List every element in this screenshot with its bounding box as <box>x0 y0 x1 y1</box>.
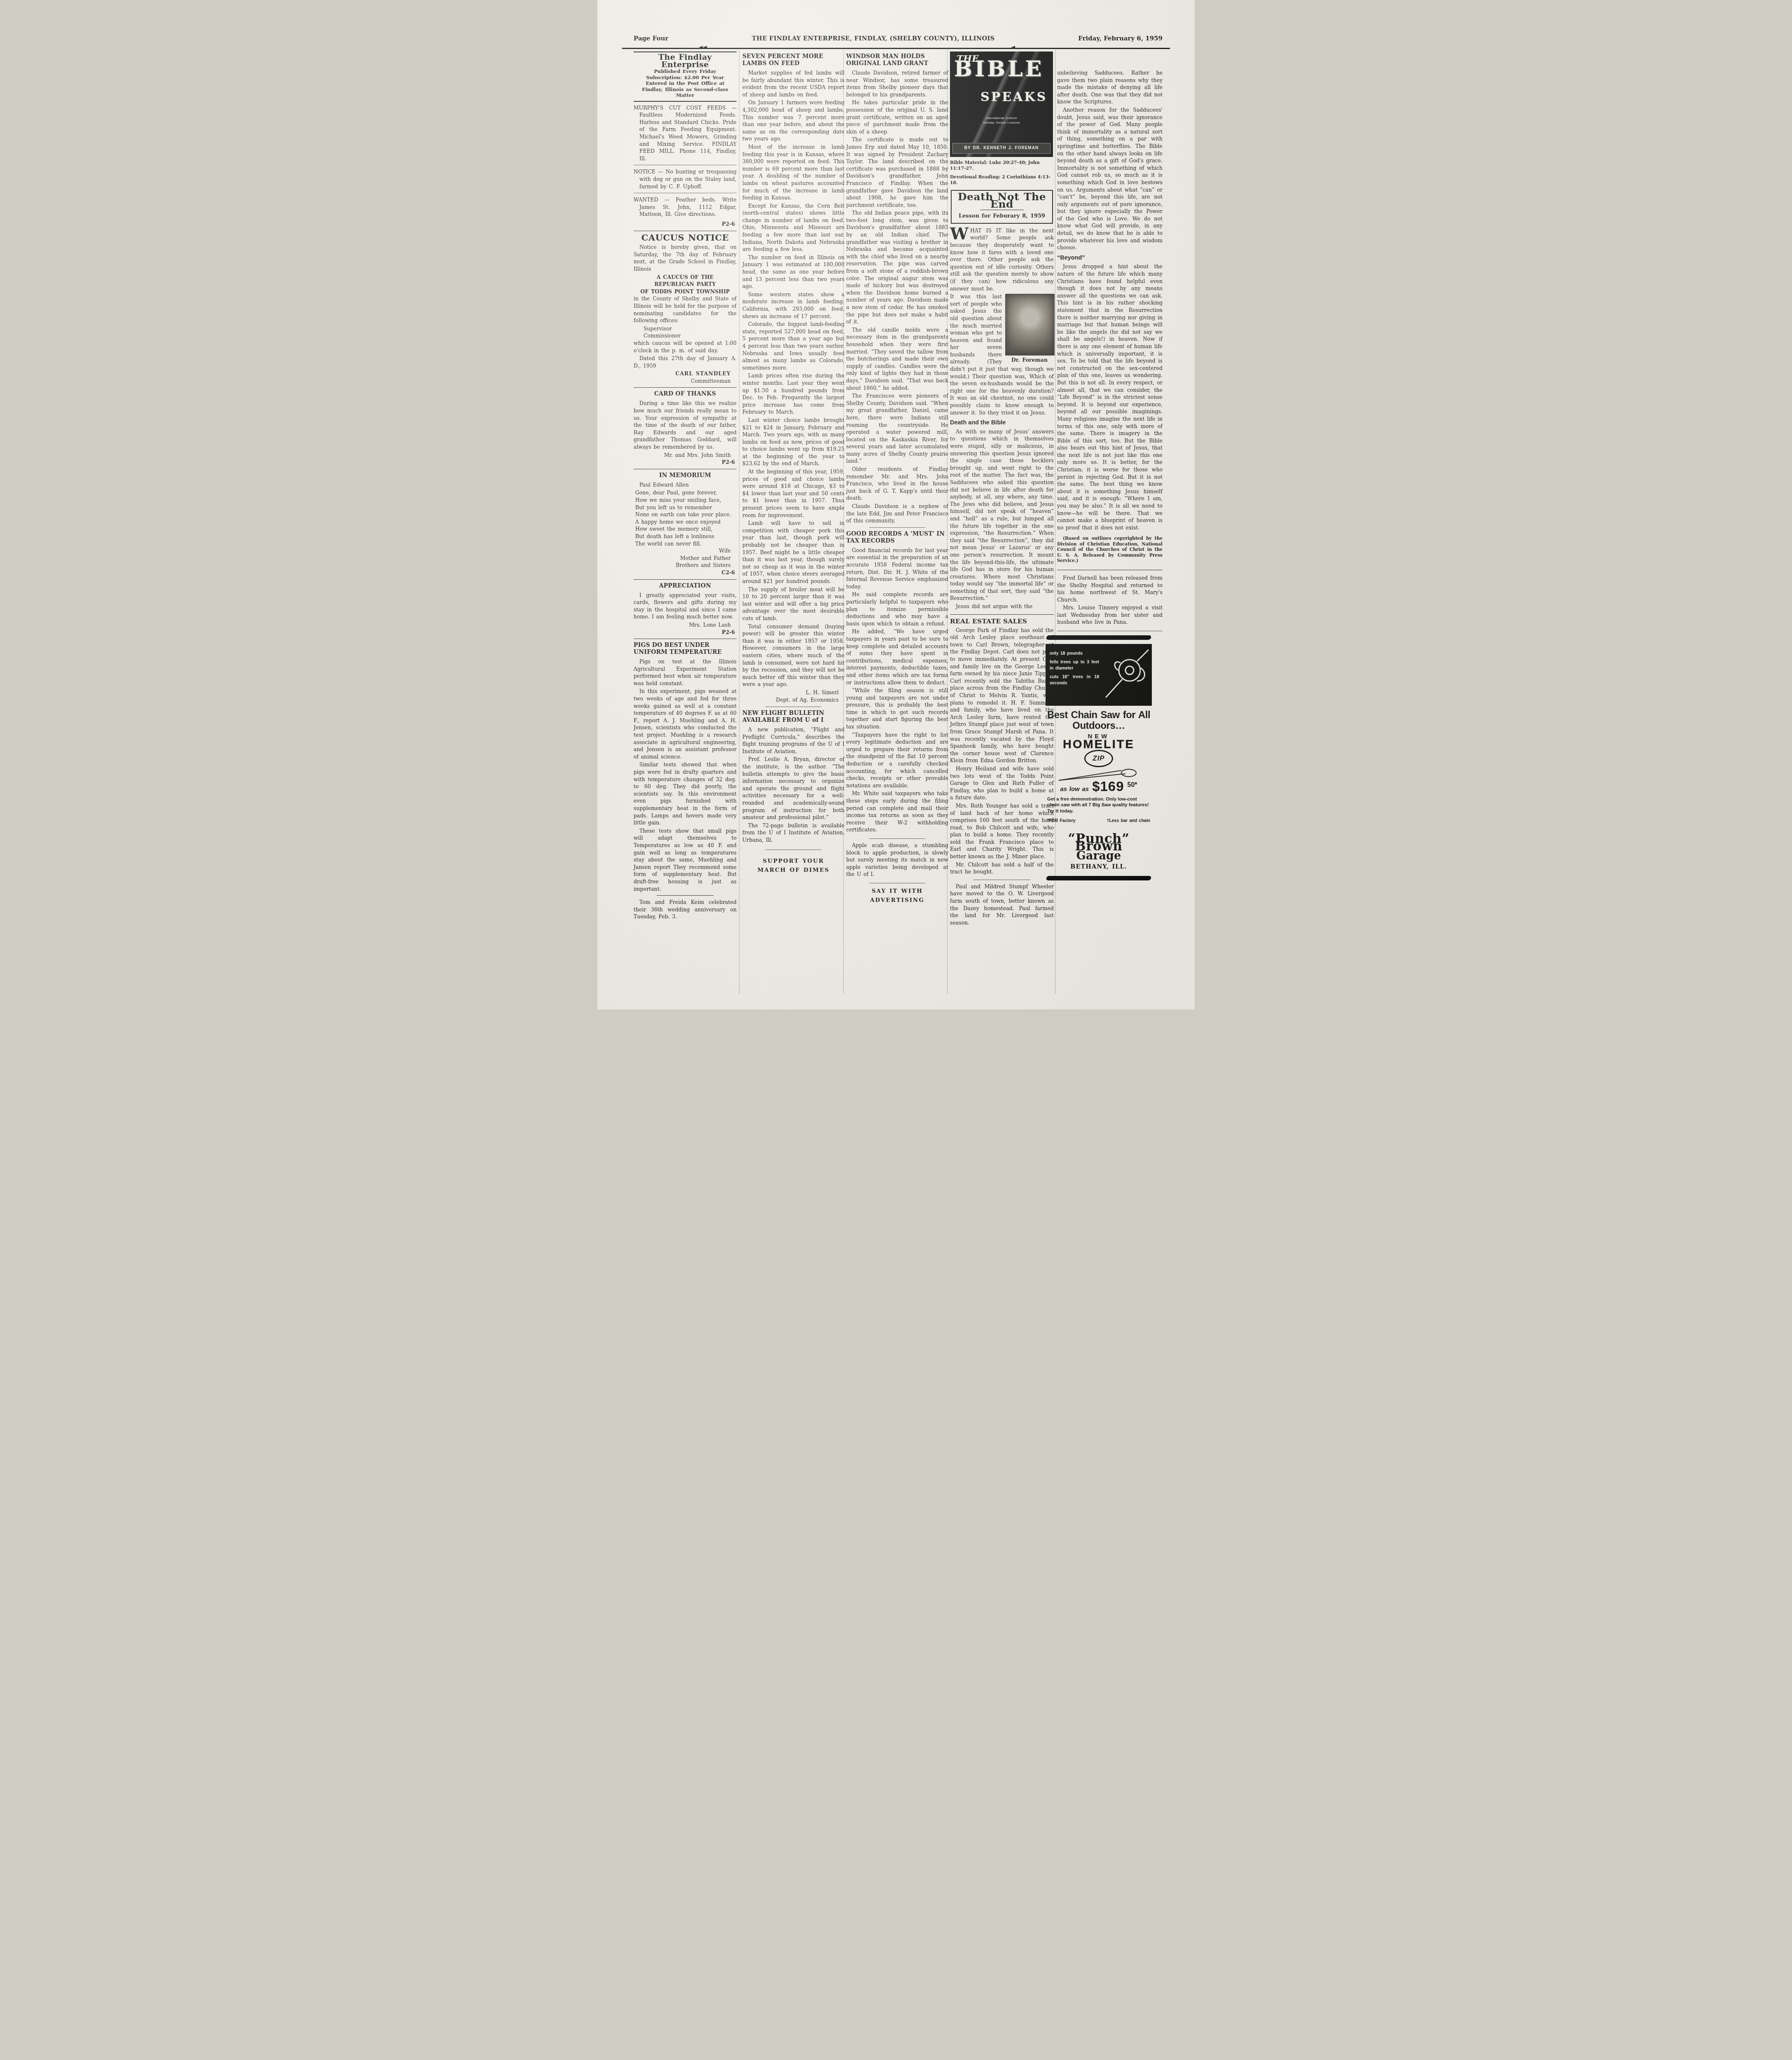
article-title: IN MEMORIUM <box>634 472 737 479</box>
article-title: CAUCUS NOTICE <box>634 234 737 241</box>
price-prefix: as low as <box>1060 786 1089 793</box>
article-body: Market supplies of fed lambs will be fai… <box>742 69 845 688</box>
classified-murphys-feeds: MURPHY'S CUT COST FEEDS — Faultless Mode… <box>634 104 737 162</box>
line: International Uniform <box>950 116 1053 120</box>
paragraph: Colorado, the biggest lamb-feeding state… <box>742 321 845 371</box>
paragraph: in the County of Shelby and State of Ill… <box>634 295 737 324</box>
article-body: Pigs on test at the Illinois Agricultura… <box>634 658 737 892</box>
header-rule: ◄◄ ◄ <box>622 48 1170 49</box>
march-of-dimes-promo: SUPPORT YOURMARCH OF DIMES <box>742 857 845 875</box>
bible-speaks-bible: BIBLE <box>954 66 1044 73</box>
article-body: George Park of Findlay has sold the old … <box>950 627 1054 875</box>
bible-speaks-speaks: SPEAKS <box>980 94 1047 101</box>
note-louise-tinnery: Mrs. Louise Tinnery enjoyed a visit last… <box>1057 604 1163 626</box>
paragraph: Lamb prices often rise during the winter… <box>742 372 845 416</box>
ad-dealer-town: BETHANY, ILL. <box>1045 863 1153 871</box>
paragraph: Lamb will have to sell in competition wi… <box>742 520 845 585</box>
ad-dealer-name: “Punch” Brown <box>1045 836 1153 850</box>
lesson-date-line: Lesson for Feburary 8, 1959 <box>953 213 1050 220</box>
paragraph: Claude Davidson is a nephew of the late … <box>846 503 948 524</box>
paragraph: The old candle molds were a necessary it… <box>846 326 948 391</box>
dr-foreman-photo-block: Dr. Foreman <box>1005 294 1054 364</box>
paragraph-continuation: Jesus did not argue with the <box>950 603 1054 610</box>
signature-name: L. H. Simerl <box>742 689 845 696</box>
bible-speaks-sublines: International UniformSunday School Lesso… <box>950 116 1053 125</box>
caucus-offices: SupervisorCommissioner <box>634 325 737 339</box>
article-title: CARD OF THANKS <box>634 391 737 398</box>
rule-arrow-icon: ◄ <box>1011 44 1015 50</box>
column-1: The Findlay Enterprise Published Every F… <box>634 51 737 921</box>
article-real-estate-sales: REAL ESTATE SALES George Park of Findlay… <box>950 618 1054 875</box>
paragraph: Similar tests showed that when pigs were… <box>634 761 737 826</box>
classified-notice: NOTICE — No hunting or trespassing with … <box>634 168 737 190</box>
paragraph: Pigs on test at the Illinois Agricultura… <box>634 658 737 687</box>
footnote-bar-chain: †Less bar and chain <box>1107 817 1150 825</box>
paragraph: Prof. Leslie A. Bryan, director of the i… <box>742 756 845 821</box>
page-header: Page Four THE FINDLAY ENTERPRISE, FINDLA… <box>634 35 1163 42</box>
column-3: WINDSOR MAN HOLDS ORIGINAL LAND GRANT Cl… <box>846 51 948 905</box>
dedicatee: Paul Edward Allen <box>634 481 737 489</box>
paragraph: Dated this 27th day of January A. D., 19… <box>634 355 737 369</box>
column-divider <box>739 50 739 994</box>
line: How sweet the memory still, <box>634 525 737 533</box>
paragraph: Last winter choice lambs brought $21 to … <box>742 417 845 467</box>
lead-with-photo: Dr. Foreman It was this last sort of peo… <box>950 293 1054 416</box>
punch-brown-garage-ad: “Punch” Brown Garage BETHANY, ILL. <box>1045 836 1153 880</box>
article-appreciation: APPRECIATION I greatly appreciated your … <box>634 583 737 636</box>
section-subhead: Death and the Bible <box>950 419 1054 427</box>
article-title: APPRECIATION <box>634 583 737 590</box>
paragraph: He said complete records are particularl… <box>846 591 948 627</box>
signature-name: Mrs. Lone Lash <box>634 621 737 629</box>
ad-headline: Best Chain Saw for All Outdoors… <box>1045 710 1153 731</box>
paragraph: I greatly appreciated your visits, cards… <box>634 592 737 620</box>
paragraph: Total consumer demand (buying power) wil… <box>742 623 845 688</box>
column-2: SEVEN PERCENT MORE LAMBS ON FEED Market … <box>742 51 845 875</box>
article-good-records-tax: GOOD RECORDS A 'MUST' IN TAX RECORDS Goo… <box>846 531 948 833</box>
paragraph: Mr. White said taxpayers who take these … <box>846 790 948 833</box>
article-body: Good financial records for last year are… <box>846 547 948 833</box>
paragraph: Most of the increase in lamb feeding thi… <box>742 143 845 201</box>
paragraph: “While the filing season is still young … <box>846 687 948 730</box>
memorial-poem: Gone, dear Paul, gone forever,How we mis… <box>634 489 737 547</box>
note-fred-darnell: Fred Darnell has been released from the … <box>1057 574 1163 603</box>
paragraph: During a time like this we realize how m… <box>634 400 737 450</box>
paragraph: Mr. Chilcott has sold a half of the trac… <box>950 861 1054 875</box>
line: Entered in the Post Office at Findlay, I… <box>634 80 736 98</box>
line: Brothers and Sisters <box>634 562 731 569</box>
paragraph: Except for Kansas, the Corn Belt (north-… <box>742 202 845 253</box>
column-4: THE BIBLE SPEAKS International UniformSu… <box>950 51 1054 927</box>
paragraph: “Taxpayers have the right to list every … <box>846 731 948 789</box>
article-in-memorium: IN MEMORIUM Paul Edward Allen Gone, dear… <box>634 472 737 576</box>
section-subhead: “Beyond” <box>1057 255 1163 262</box>
bible-speaks-byline: BY DR. KENNETH J. FOREMAN <box>952 143 1050 154</box>
ad-top-bar <box>1046 635 1151 640</box>
line: How we miss your smiling face, <box>634 496 737 504</box>
line: fells trees up to 3 feet in diameter <box>1050 659 1099 672</box>
classified-tag: P2-6 <box>634 629 737 636</box>
ad-price-row: as low as $169 50* <box>1045 783 1153 793</box>
article-pigs-temperature: PIGS DO BEST UNDER UNIFORM TEMPERATURE P… <box>634 642 737 892</box>
line: But death has left a lonliness <box>634 533 737 540</box>
price-cents: 50* <box>1128 782 1137 789</box>
line: SUPPORT YOUR <box>742 857 845 866</box>
paragraph: Notice is hereby given, that on Saturday… <box>634 243 737 272</box>
article-body: Claude Davidson, retired farmer of near … <box>846 69 948 524</box>
line: Published Every Friday <box>634 68 736 75</box>
lesson-title: Death Not The End <box>953 193 1050 208</box>
article-title: SEVEN PERCENT MORE LAMBS ON FEED <box>742 53 845 67</box>
line: MARCH OF DIMES <box>742 866 845 875</box>
newspaper-page: Page Four THE FINDLAY ENTERPRISE, FINDLA… <box>597 0 1195 1009</box>
chainsaw-photo: only 18 poundsfells trees up to 3 feet i… <box>1046 644 1152 706</box>
masthead-lines: Published Every FridaySubscription: $2.0… <box>634 68 736 98</box>
signature-name: CARL STANDLEY <box>634 370 737 377</box>
photo-caption: Dr. Foreman <box>1005 356 1054 364</box>
ad-dealer-name-2: Garage <box>1045 852 1153 860</box>
note-apple-scab: Apple scab disease, a stumbling block to… <box>846 842 948 878</box>
article-flight-bulletin: NEW FLIGHT BULLETIN AVAILABLE FROM U of … <box>742 710 845 844</box>
line: Wife <box>634 547 731 555</box>
paragraph: which caucus will be opened at 1:00 o'cl… <box>634 339 737 354</box>
paragraph: He takes particular pride in the possess… <box>846 99 948 135</box>
paragraph: Henry Heiland and wife have sold two lot… <box>950 765 1054 801</box>
column-5: unbelieving Sadducees. Rather he gave th… <box>1057 69 1163 885</box>
paragraph: The certificate is made out to James Erp… <box>846 136 948 208</box>
rule-arrow-icon: ◄◄ <box>699 44 707 50</box>
paper-title: The Findlay Enterprise <box>634 54 736 68</box>
ad-footnotes: *FOB Factory †Less bar and chain <box>1047 817 1150 825</box>
issue-date: Friday, February 6, 1959 <box>1078 35 1163 42</box>
lead-paragraph: WHAT IS IT like in the next world? Some … <box>950 227 1054 292</box>
page-number: Page Four <box>634 35 669 42</box>
classified-tag: P2-6 <box>634 220 737 228</box>
paragraph: The supply of broiler meat will be 10 to… <box>742 586 845 622</box>
line: None on earth can take your place. <box>634 511 737 518</box>
article-card-of-thanks: CARD OF THANKS During a time like this w… <box>634 391 737 466</box>
homelite-ad: only 18 poundsfells trees up to 3 feet i… <box>1045 635 1153 825</box>
line: But you left us to remember <box>634 504 737 511</box>
say-it-with-advertising-promo: SAY IT WITH ADVERTISING <box>846 887 948 905</box>
paragraph-continuation: unbelieving Sadducees. Rather he gave th… <box>1057 69 1163 105</box>
paragraph: Mrs. Ruth Younger has sold a tract of la… <box>950 802 1054 860</box>
note-keim-anniversary: Tom and Freida Keim celebrated their 36t… <box>634 899 737 920</box>
bible-speaks-graphic: THE BIBLE SPEAKS International UniformSu… <box>950 51 1053 157</box>
devotional-reading-line: Devotional Reading: 2 Corinthians 4:13-1… <box>950 174 1054 186</box>
paragraph: Good financial records for last year are… <box>846 547 948 590</box>
syndicate-copyright: (Based on outlines copyrighted by the Di… <box>1057 536 1163 564</box>
article-title: WINDSOR MAN HOLDS ORIGINAL LAND GRANT <box>846 53 948 67</box>
line: The world can never fill. <box>634 540 737 548</box>
paragraph: George Park of Findlay has sold the old … <box>950 627 1054 764</box>
classified-tag: C2-6 <box>634 569 737 576</box>
footnote-fob: *FOB Factory <box>1047 817 1076 825</box>
paragraph: Older residents of Findlay remember Mr. … <box>846 466 948 502</box>
note-stumpf-wheeler: Paul and Mildred Stumpf Wheeler have mov… <box>950 883 1054 927</box>
article-body: A new publication, “Flight and Preflight… <box>742 726 845 844</box>
zip-logo: ZIP <box>1084 750 1113 767</box>
paragraph: Another reason for the Sadducees' doubt,… <box>1057 106 1163 251</box>
line: Supervisor <box>634 325 737 332</box>
article-lambs-on-feed: SEVEN PERCENT MORE LAMBS ON FEED Market … <box>742 53 845 704</box>
article-title: REAL ESTATE SALES <box>950 618 1054 625</box>
dr-foreman-portrait <box>1005 294 1055 356</box>
article-title: PIGS DO BEST UNDER UNIFORM TEMPERATURE <box>634 642 737 656</box>
lesson-title-box: Death Not The End Lesson for Feburary 8,… <box>951 190 1053 224</box>
line: Gone, dear Paul, gone forever, <box>634 489 737 496</box>
signature-role: Dept. of Ag. Economics <box>742 696 845 704</box>
ad-bottom-bar <box>1046 876 1151 880</box>
paragraph: These tests show that small pigs will ad… <box>634 827 737 892</box>
paragraph: On January 1 farmers were feeding 4,302,… <box>742 99 845 143</box>
line: Subscription: $2.00 Per Year <box>634 75 736 81</box>
line: cuts 18" trees in 18 seconds <box>1050 674 1099 686</box>
paragraph: In this experiment, pigs weaned at two w… <box>634 688 737 760</box>
paper-masthead-box: The Findlay Enterprise Published Every F… <box>634 51 737 102</box>
paragraph: Some western states show a moderate incr… <box>742 291 845 320</box>
paragraph: The Franciscos were pioneers of Shelby C… <box>846 392 948 465</box>
classified-tag: P2-6 <box>634 459 737 466</box>
line: Commissioner <box>634 332 737 339</box>
chainsaw-illustration-icon <box>1097 646 1150 704</box>
article-windsor-land-grant: WINDSOR MAN HOLDS ORIGINAL LAND GRANT Cl… <box>846 53 948 524</box>
line: REPUBLICAN PARTY <box>634 281 737 288</box>
newspaper-masthead-line: THE FINDLAY ENTERPRISE, FINDLAY, (SHELBY… <box>752 35 995 42</box>
paragraph: A new publication, “Flight and Preflight… <box>742 726 845 755</box>
line: A happy home we once enjoyed <box>634 518 737 526</box>
paragraph: The old Indian peace pipe, with its two-… <box>846 209 948 325</box>
paragraph: Market supplies of fed lambs will be fai… <box>742 69 845 98</box>
paragraph: Claude Davidson, retired farmer of near … <box>846 69 948 98</box>
article-caucus-notice: CAUCUS NOTICE Notice is hereby given, th… <box>634 234 737 385</box>
paragraph: The 72-page bulletin is available from t… <box>742 822 845 844</box>
signature-name: Mr. and Mrs. John Smith <box>634 452 737 459</box>
paragraph: He added, “We have urged taxpayers in ye… <box>846 628 948 686</box>
bible-material-line: Bible Material: Luke 20:27-40; John 11:1… <box>950 160 1054 171</box>
homelite-brand: HOMELITE <box>1045 741 1153 749</box>
paragraph: At the beginning of this year, 1959, pri… <box>742 468 845 519</box>
signature-role: Committeeman <box>634 377 737 385</box>
ad-feature-bullets: only 18 poundsfells trees up to 3 feet i… <box>1050 651 1099 689</box>
poem-signatures: WifeMother and FatherBrothers and Sister… <box>634 547 737 569</box>
line: A CAUCUS OF THE <box>634 274 737 281</box>
ad-pitch-copy: Get a free demonstration. Only low-cost … <box>1047 796 1150 815</box>
paragraph: As with so many of Jesus' answers to que… <box>950 428 1054 602</box>
line: only 18 pounds <box>1050 651 1099 657</box>
price-amount: $169 <box>1092 783 1124 790</box>
line: Mother and Father <box>634 555 731 562</box>
classified-wanted: WANTED — Feather beds. Write James St. J… <box>634 196 737 218</box>
paragraph: The number on feed in Illinois on Januar… <box>742 254 845 290</box>
article-title: GOOD RECORDS A 'MUST' IN TAX RECORDS <box>846 531 948 545</box>
line: OF TODDS POINT TOWNSHIP <box>634 288 737 295</box>
line: Sunday School Lessons <box>950 120 1053 125</box>
article-title: NEW FLIGHT BULLETIN AVAILABLE FROM U of … <box>742 710 845 724</box>
paragraph: Jesus dropped a hint about the nature of… <box>1057 263 1163 531</box>
caucus-center-lines: A CAUCUS OF THEREPUBLICAN PARTYOF TODDS … <box>634 274 737 295</box>
